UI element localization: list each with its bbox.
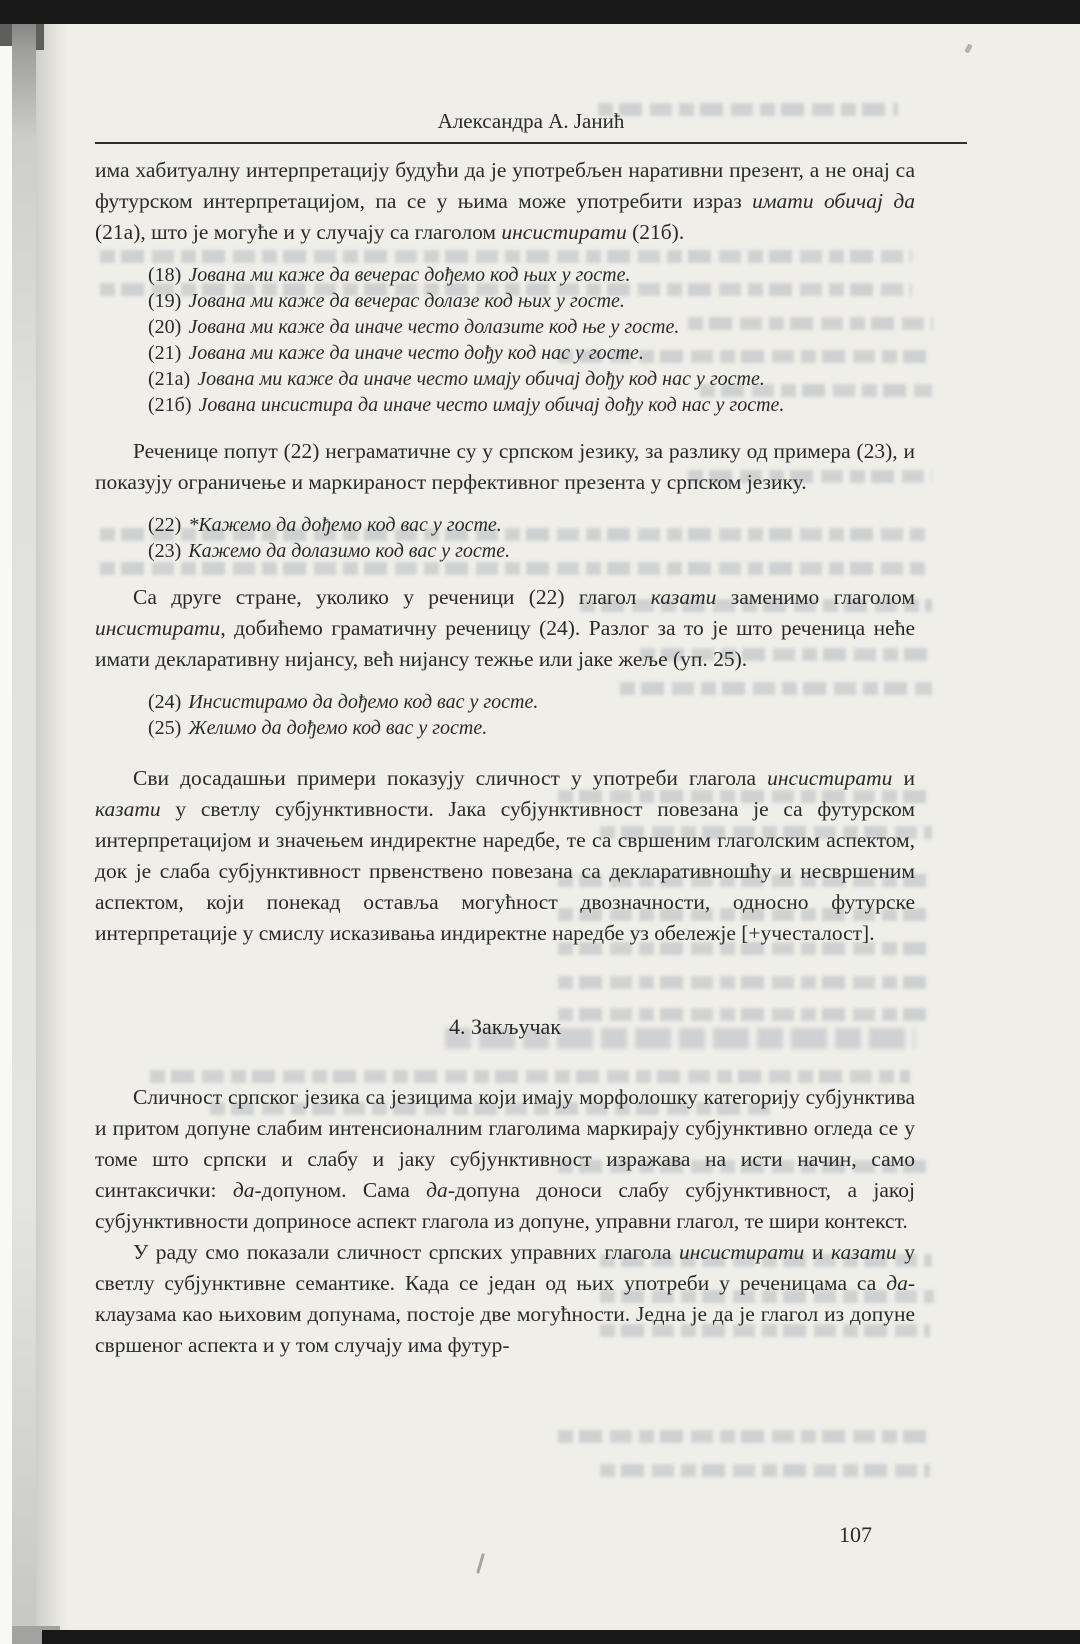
paragraph-summary: Сви досадашњи примери показују сличност … xyxy=(95,763,915,949)
text-segment: да xyxy=(233,1178,255,1202)
example-text: Јована ми каже да иначе често долазите к… xyxy=(188,316,679,338)
text-segment: -допуном. Сама xyxy=(255,1178,427,1202)
text-segment: казати xyxy=(651,585,717,609)
example-number: (23) xyxy=(148,540,181,562)
example-line: (24)Инсистирамо да дођемо код вас у гост… xyxy=(148,689,915,715)
example-line: (19)Јована ми каже да вечерас долазе код… xyxy=(148,288,915,314)
scan-speck xyxy=(964,43,973,53)
example-number: (21) xyxy=(148,342,181,364)
paragraph-continuation: има хабитуалну интерпретацију будући да … xyxy=(95,155,915,248)
paragraph-24-25-intro: Са друге стране, уколико у реченици (22)… xyxy=(95,582,915,675)
header-rule xyxy=(95,142,967,144)
text-segment: (21б). xyxy=(627,220,685,244)
page-content: Александра А. Јанић има хабитуалну интер… xyxy=(95,108,915,1361)
section-heading: 4. Закључак xyxy=(95,1011,915,1042)
example-text: Јована ми каже да вечерас долазе код њих… xyxy=(188,290,625,312)
example-number: (22) xyxy=(148,514,181,536)
example-line: (21б)Јована инсистира да иначе често има… xyxy=(148,392,915,418)
running-header: Александра А. Јанић xyxy=(95,108,967,134)
example-number: (20) xyxy=(148,316,181,338)
spine-fade-shadow xyxy=(36,0,66,1644)
text-segment: инсистирати xyxy=(95,616,220,640)
example-text: Инсистирамо да дођемо код вас у госте. xyxy=(188,691,538,713)
text-segment: инсистирати xyxy=(679,1240,804,1264)
example-number: (18) xyxy=(148,264,181,286)
example-text: Јована ми каже да иначе често имају обич… xyxy=(197,368,765,390)
page-number: 107 xyxy=(0,1522,872,1548)
example-text: *Кажемо да дођемо код вас у госте. xyxy=(188,514,501,536)
text-segment: имати обичај да xyxy=(752,189,915,213)
example-text: Желимо да дођемо код вас у госте. xyxy=(188,717,487,739)
scanned-book-page: Александра А. Јанић има хабитуалну интер… xyxy=(0,0,1080,1644)
text-segment: заменимо глаголом xyxy=(716,585,915,609)
scanner-bottom-band xyxy=(42,1630,1080,1644)
text-segment: у светлу субјунктивности. Јака субјункти… xyxy=(95,797,915,945)
example-text: Кажемо да долазимо код вас у госте. xyxy=(188,540,510,562)
text-segment: Реченице попут (22) неграматичне су у ср… xyxy=(95,439,915,494)
text-segment: да xyxy=(426,1178,448,1202)
example-block-22-23: (22)*Кажемо да дођемо код вас у госте.(2… xyxy=(148,512,915,564)
example-line: (23)Кажемо да долазимо код вас у госте. xyxy=(148,538,915,564)
example-text: Јована инсистира да иначе често имају об… xyxy=(199,394,785,416)
example-block-18-21b: (18)Јована ми каже да вечерас дођемо код… xyxy=(148,262,915,418)
example-number: (21а) xyxy=(148,368,190,390)
example-number: (24) xyxy=(148,691,181,713)
stray-ink-mark xyxy=(476,1553,485,1574)
example-number: (19) xyxy=(148,290,181,312)
example-line: (18)Јована ми каже да вечерас дођемо код… xyxy=(148,262,915,288)
example-line: (25)Желимо да дођемо код вас у госте. xyxy=(148,715,915,741)
example-line: (20)Јована ми каже да иначе често долази… xyxy=(148,314,915,340)
text-segment: да xyxy=(886,1271,908,1295)
paragraph-22-23-intro: Реченице попут (22) неграматичне су у ср… xyxy=(95,436,915,498)
text-segment: (21а), што је могуће и у случају са глаг… xyxy=(95,220,501,244)
example-text: Јована ми каже да вечерас дођемо код њих… xyxy=(188,264,630,286)
bleed-through-artifact xyxy=(600,1464,930,1477)
text-segment: У раду смо показали сличност српских упр… xyxy=(133,1240,679,1264)
example-line: (21а)Јована ми каже да иначе често имају… xyxy=(148,366,915,392)
example-number: (25) xyxy=(148,717,181,739)
text-segment: Сви досадашњи примери показују сличност … xyxy=(133,766,767,790)
text-segment: и xyxy=(804,1240,831,1264)
example-text: Јована ми каже да иначе често дођу код н… xyxy=(188,342,644,364)
text-segment: казати xyxy=(831,1240,897,1264)
text-segment: инсистирати xyxy=(767,766,892,790)
example-number: (21б) xyxy=(148,394,192,416)
text-segment: инсистирати xyxy=(501,220,626,244)
text-segment: Са друге стране, уколико у реченици (22)… xyxy=(133,585,651,609)
bleed-through-artifact xyxy=(558,1430,932,1443)
paragraph-conclusion-1: Сличност српског језика са језицима који… xyxy=(95,1082,915,1237)
text-segment: казати xyxy=(95,797,161,821)
example-line: (22)*Кажемо да дођемо код вас у госте. xyxy=(148,512,915,538)
scanner-top-band xyxy=(0,0,1080,24)
example-block-24-25: (24)Инсистирамо да дођемо код вас у гост… xyxy=(148,689,915,741)
page-left-edge xyxy=(0,46,12,1644)
example-line: (21)Јована ми каже да иначе често дођу к… xyxy=(148,340,915,366)
book-spine-shadow xyxy=(12,0,36,1644)
text-segment: и xyxy=(892,766,915,790)
paragraph-conclusion-2: У раду смо показали сличност српских упр… xyxy=(95,1237,915,1361)
